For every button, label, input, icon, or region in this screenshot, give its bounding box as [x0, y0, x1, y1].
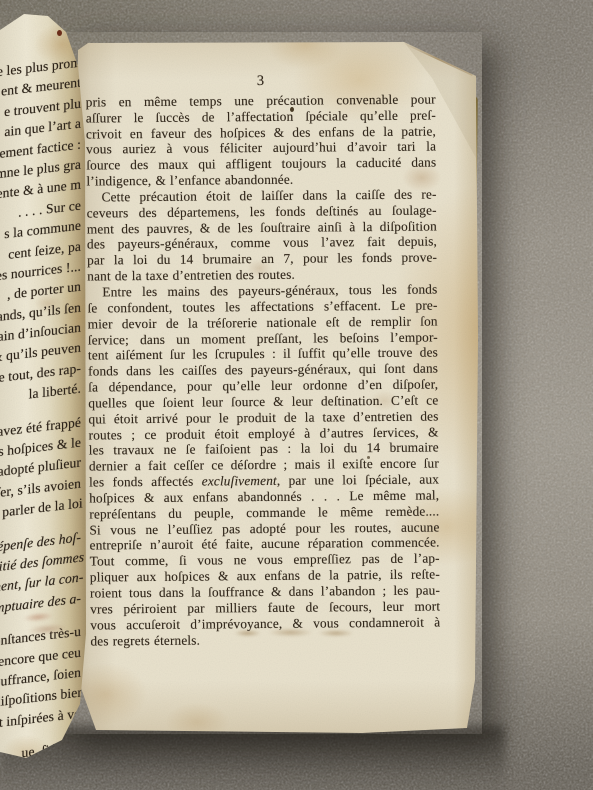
text-line: des regrets éternels.: [90, 630, 440, 649]
paragraph: Cette précaution étoit de laiſſer dans l…: [86, 186, 437, 284]
paragraph-container: pris en même temps une précaution conven…: [86, 91, 441, 649]
paragraph: pris en même temps une précaution conven…: [86, 91, 437, 189]
left-page-fragments: e les plus proment & meurente trouvent p…: [0, 53, 81, 789]
book-photograph: 3 pris en même temps une précaution conv…: [0, 0, 593, 790]
paragraph: Entre les mains des payeurs-généraux, to…: [87, 281, 440, 648]
book-bottom-shadow: [0, 726, 505, 790]
page-number: 3: [86, 72, 436, 91]
ink-speck: [367, 456, 370, 459]
page-text-block: 3 pris en même temps une précaution conv…: [86, 72, 441, 648]
book-page-verso-sliver: e les plus proment & meurente trouvent p…: [0, 14, 88, 776]
text-line: ſource des maux qui affligent toujours l…: [86, 155, 436, 174]
ink-speck: [290, 107, 294, 112]
book-page-recto: 3 pris en même temps une précaution conv…: [64, 38, 480, 736]
text-line: vous accuſeroit d’imprévoyance, & vous c…: [90, 614, 440, 633]
text-line: par la loi du 14 brumaire an 7, pour les…: [87, 250, 437, 269]
show-through-smudge: [17, 607, 71, 638]
debris-speck: [57, 30, 62, 36]
